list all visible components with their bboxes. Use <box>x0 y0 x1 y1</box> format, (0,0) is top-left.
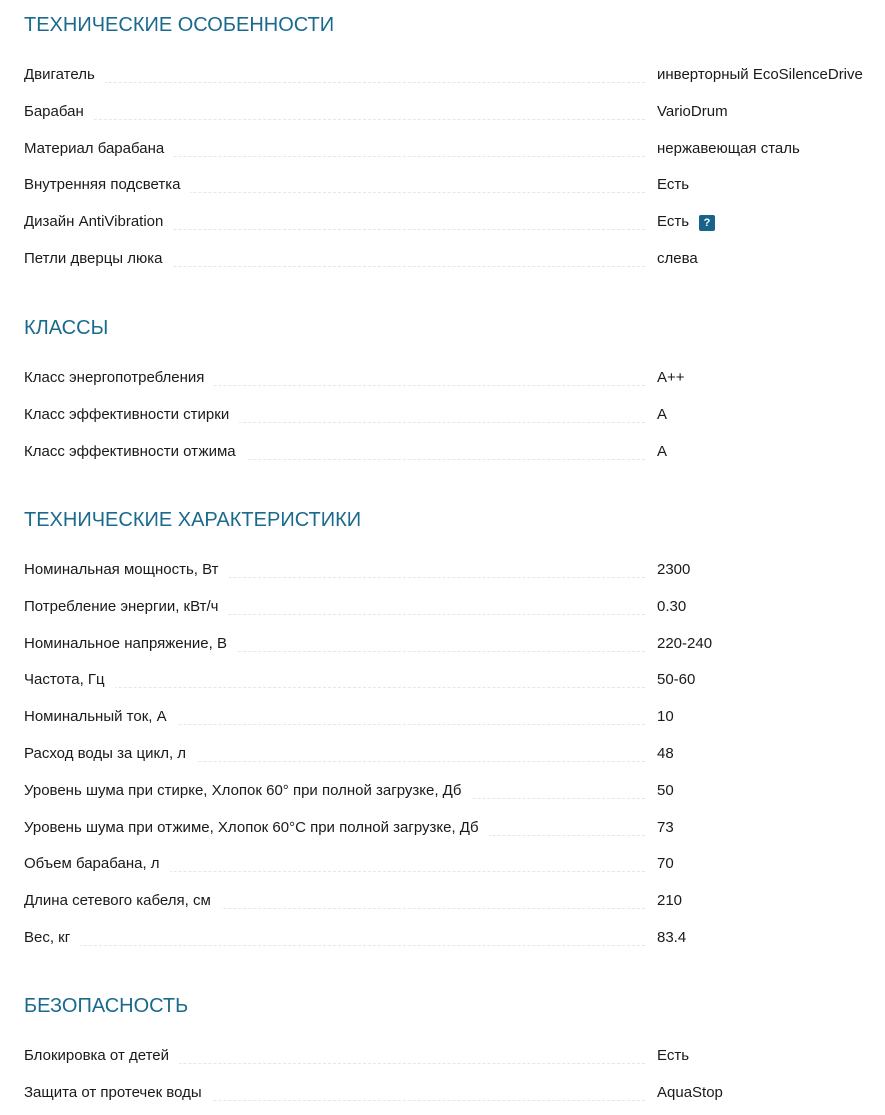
spec-label: Частота, Гц <box>24 669 115 691</box>
spec-row: Потребление энергии, кВт/ч0.30 <box>24 596 885 618</box>
spec-value-text: A <box>657 441 667 463</box>
section-title: КЛАССЫ <box>24 315 885 341</box>
spec-section: ТЕХНИЧЕСКИЕ ХАРАКТЕРИСТИКИНоминальная мо… <box>24 507 885 533</box>
spec-value: 48 <box>657 743 674 765</box>
spec-value: 210 <box>657 890 682 912</box>
help-icon[interactable]: ? <box>699 215 715 231</box>
spec-value: 10 <box>657 706 674 728</box>
spec-value-text: 10 <box>657 706 674 728</box>
spec-row: Уровень шума при стирке, Хлопок 60° при … <box>24 780 885 802</box>
spec-row: Номинальная мощность, Вт2300 <box>24 559 885 581</box>
spec-label: Дизайн AntiVibration <box>24 211 173 233</box>
dotted-leader <box>24 82 645 83</box>
spec-value-text: Есть <box>657 1045 689 1067</box>
spec-value: 2300 <box>657 559 690 581</box>
spec-value: 0.30 <box>657 596 686 618</box>
spec-row: Защита от протечек водыAquaStop <box>24 1082 885 1104</box>
spec-value-text: 73 <box>657 817 674 839</box>
dotted-leader <box>24 945 645 946</box>
spec-value-text: 83.4 <box>657 927 686 949</box>
spec-value-text: 50-60 <box>657 669 695 691</box>
spec-value-text: нержавеющая сталь <box>657 138 800 160</box>
spec-value: A++ <box>657 367 685 389</box>
spec-row: Частота, Гц50-60 <box>24 669 885 691</box>
spec-value-text: 210 <box>657 890 682 912</box>
spec-label: Объем барабана, л <box>24 853 170 875</box>
spec-label: Барабан <box>24 101 94 123</box>
spec-value-text: Есть <box>657 211 689 233</box>
spec-label: Уровень шума при отжиме, Хлопок 60°C при… <box>24 817 489 839</box>
spec-value-text: 48 <box>657 743 674 765</box>
spec-section: БЕЗОПАСНОСТЬБлокировка от детейЕстьЗащит… <box>24 993 885 1019</box>
spec-row: Блокировка от детейЕсть <box>24 1045 885 1067</box>
spec-value: AquaStop <box>657 1082 723 1104</box>
section-title: ТЕХНИЧЕСКИЕ ХАРАКТЕРИСТИКИ <box>24 507 885 533</box>
spec-value: 83.4 <box>657 927 686 949</box>
spec-value-text: 70 <box>657 853 674 875</box>
spec-label: Защита от протечек воды <box>24 1082 212 1104</box>
dotted-leader <box>24 687 645 688</box>
spec-value: слева <box>657 248 698 270</box>
spec-row: Внутренняя подсветкаЕсть <box>24 174 885 196</box>
spec-label: Класс эффективности отжима <box>24 441 246 463</box>
spec-value-text: Есть <box>657 174 689 196</box>
spec-label: Номинальное напряжение, В <box>24 633 237 655</box>
spec-row: Вес, кг83.4 <box>24 927 885 949</box>
spec-row: Дизайн AntiVibrationЕсть? <box>24 211 885 233</box>
spec-value: Есть <box>657 174 689 196</box>
spec-section: КЛАССЫКласс энергопотребленияA++Класс эф… <box>24 315 885 341</box>
spec-value: Есть? <box>657 211 715 233</box>
spec-label: Номинальная мощность, Вт <box>24 559 229 581</box>
spec-value-text: A++ <box>657 367 685 389</box>
spec-value: 73 <box>657 817 674 839</box>
spec-value-text: AquaStop <box>657 1082 723 1104</box>
spec-value: инверторный EcoSilenceDrive <box>657 64 863 86</box>
spec-label: Петли дверцы люка <box>24 248 172 270</box>
spec-row: Класс эффективности отжимаA <box>24 441 885 463</box>
spec-value: VarioDrum <box>657 101 728 123</box>
spec-value-text: 50 <box>657 780 674 802</box>
dotted-leader <box>24 119 645 120</box>
spec-value: 50-60 <box>657 669 695 691</box>
spec-label: Блокировка от детей <box>24 1045 179 1067</box>
spec-label: Расход воды за цикл, л <box>24 743 196 765</box>
spec-value-text: VarioDrum <box>657 101 728 123</box>
spec-value-text: A <box>657 404 667 426</box>
spec-row: Класс энергопотребленияA++ <box>24 367 885 389</box>
spec-label: Потребление энергии, кВт/ч <box>24 596 228 618</box>
spec-value: Есть <box>657 1045 689 1067</box>
spec-label: Номинальный ток, А <box>24 706 177 728</box>
spec-row: Объем барабана, л70 <box>24 853 885 875</box>
section-title: БЕЗОПАСНОСТЬ <box>24 993 885 1019</box>
spec-value: 220-240 <box>657 633 712 655</box>
spec-row: Номинальный ток, А10 <box>24 706 885 728</box>
spec-label: Двигатель <box>24 64 105 86</box>
spec-label: Длина сетевого кабеля, см <box>24 890 221 912</box>
spec-row: Петли дверцы люкаслева <box>24 248 885 270</box>
spec-section: ТЕХНИЧЕСКИЕ ОСОБЕННОСТИДвигательинвертор… <box>24 12 885 38</box>
spec-label: Класс энергопотребления <box>24 367 214 389</box>
spec-value: 70 <box>657 853 674 875</box>
spec-value-text: 2300 <box>657 559 690 581</box>
spec-row: БарабанVarioDrum <box>24 101 885 123</box>
spec-row: Длина сетевого кабеля, см210 <box>24 890 885 912</box>
spec-row: Уровень шума при отжиме, Хлопок 60°C при… <box>24 817 885 839</box>
spec-value-text: 220-240 <box>657 633 712 655</box>
spec-row: Номинальное напряжение, В220-240 <box>24 633 885 655</box>
spec-row: Двигательинверторный EcoSilenceDrive <box>24 64 885 86</box>
spec-value: нержавеющая сталь <box>657 138 800 160</box>
spec-value-text: 0.30 <box>657 596 686 618</box>
spec-value: 50 <box>657 780 674 802</box>
spec-label: Уровень шума при стирке, Хлопок 60° при … <box>24 780 471 802</box>
spec-row: Класс эффективности стиркиA <box>24 404 885 426</box>
spec-label: Материал барабана <box>24 138 174 160</box>
spec-label: Класс эффективности стирки <box>24 404 239 426</box>
spec-label: Внутренняя подсветка <box>24 174 190 196</box>
spec-row: Материал барабананержавеющая сталь <box>24 138 885 160</box>
spec-row: Расход воды за цикл, л48 <box>24 743 885 765</box>
spec-value-text: инверторный EcoSilenceDrive <box>657 64 863 86</box>
spec-value: A <box>657 441 667 463</box>
section-title: ТЕХНИЧЕСКИЕ ОСОБЕННОСТИ <box>24 12 885 38</box>
spec-value-text: слева <box>657 248 698 270</box>
spec-value: A <box>657 404 667 426</box>
spec-label: Вес, кг <box>24 927 80 949</box>
